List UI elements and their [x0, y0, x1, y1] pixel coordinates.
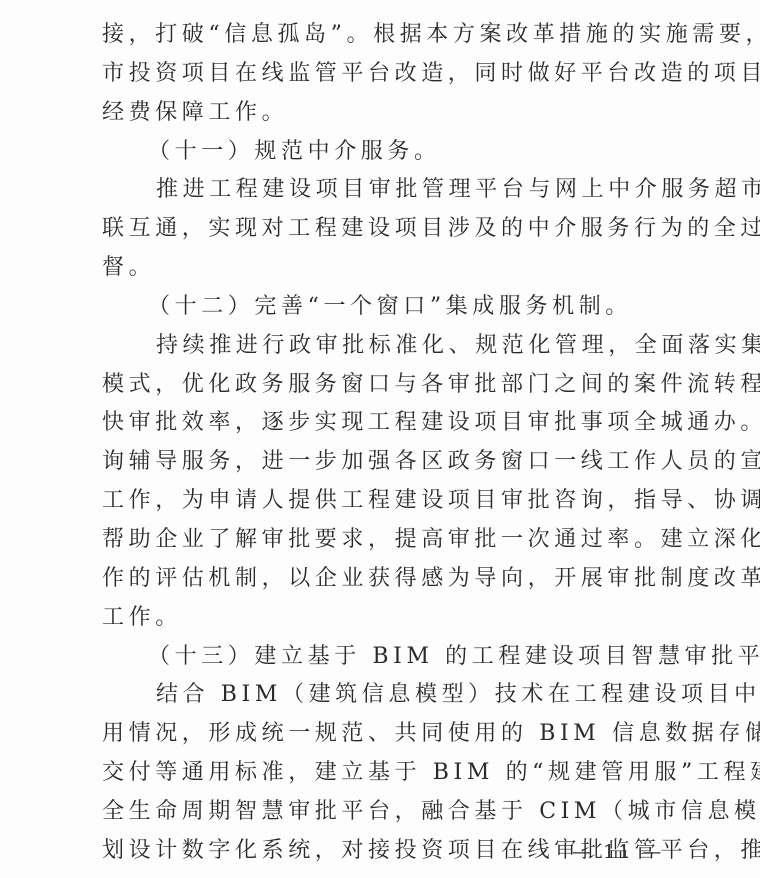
paragraph-first-line: 持续推进行政审批标准化、规范化管理，全面落实集成服务 — [102, 327, 668, 366]
section-heading-13: （十三）建立基于 BIM 的工程建设项目智慧审批平台。 — [102, 638, 668, 677]
body-line: 用情况，形成统一规范、共同使用的 BIM 信息数据存储、交换、 — [102, 715, 668, 754]
body-line: 经费保障工作。 — [102, 94, 668, 133]
body-line: 督。 — [102, 249, 668, 288]
page-number: — 11 — — [572, 838, 652, 866]
body-line: 快审批效率，逐步实现工程建设项目审批事项全城通办。加强咨 — [102, 404, 668, 443]
document-page: 接，打破“信息孤岛”。根据本方案改革措施的实施需要，推进 市投资项目在线监管平台… — [0, 0, 760, 878]
body-line: 交付等通用标准，建立基于 BIM 的“规建管用服”工程建设项目 — [102, 754, 668, 793]
body-line: 工作，为申请人提供工程建设项目审批咨询，指导、协调服务， — [102, 482, 668, 521]
body-line: 全生命周期智慧审批平台，融合基于 CIM（城市信息模型）的规 — [102, 793, 668, 832]
body-line: 询辅导服务，进一步加强各区政务窗口一线工作人员的宣传培训 — [102, 443, 668, 482]
body-line: 模式，优化政务服务窗口与各审批部门之间的案件流转程序，加 — [102, 366, 668, 405]
body-line: 作的评估机制，以企业获得感为导向，开展审批制度改革后评估 — [102, 560, 668, 599]
section-heading-12: （十二）完善“一个窗口”集成服务机制。 — [102, 288, 668, 327]
body-line: 接，打破“信息孤岛”。根据本方案改革措施的实施需要，推进 — [102, 16, 668, 55]
paragraph-first-line: 推进工程建设项目审批管理平台与网上中介服务超市的互 — [102, 171, 668, 210]
section-heading-11: （十一）规范中介服务。 — [102, 133, 668, 172]
body-line: 联互通，实现对工程建设项目涉及的中介服务行为的全过程监 — [102, 210, 668, 249]
body-line: 工作。 — [102, 599, 668, 638]
body-line: 帮助企业了解审批要求，提高审批一次通过率。建立深化改革工 — [102, 521, 668, 560]
document-body: 接，打破“信息孤岛”。根据本方案改革措施的实施需要，推进 市投资项目在线监管平台… — [102, 16, 668, 871]
paragraph-first-line: 结合 BIM（建筑信息模型）技术在工程建设项目中的实际应 — [102, 676, 668, 715]
body-line: 市投资项目在线监管平台改造，同时做好平台改造的项目立项和 — [102, 55, 668, 94]
